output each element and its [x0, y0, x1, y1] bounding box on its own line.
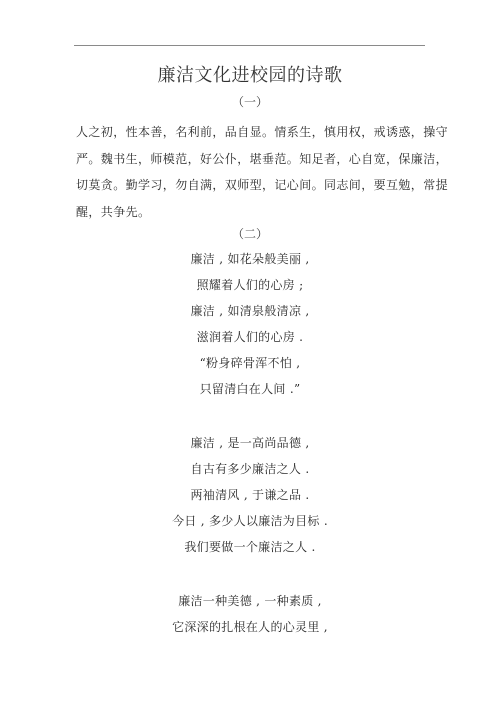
paragraph-line: 严。魏书生，师模范，好公仆，堪垂范。知足者，心自宽，保廉洁，: [76, 146, 428, 173]
poem-line: “粉身碎骨浑不怕 ,: [0, 355, 500, 371]
poem-line: 它深深的扎根在人的心灵里 ,: [0, 619, 500, 635]
paragraph-line: 切莫贪。勤学习，勿自满，双师型，记心间。同志间，要互勉，常提: [76, 172, 428, 199]
header-rule: [74, 45, 425, 46]
poem-line: 两袖清风 , 于谦之品 .: [0, 487, 500, 503]
poem-line: 照耀着人们的心房 ;: [0, 277, 500, 293]
poem-line: 廉洁 , 是一高尚品德 ,: [0, 435, 500, 451]
poem-line: 今日 , 多少人以廉洁为目标 .: [0, 513, 500, 529]
section-1-label: （一）: [0, 94, 500, 110]
paragraph-line: 人之初，性本善，名利前，品自显。情系生，慎用权，戒诱惑，操守: [76, 119, 428, 146]
poem-line: 只留清白在人间 .”: [0, 381, 500, 397]
poem-line: 廉洁一种美德 , 一种素质 ,: [0, 593, 500, 609]
poem-line: 我们要做一个廉洁之人 .: [0, 539, 500, 555]
poem-line: 滋润着人们的心房 .: [0, 329, 500, 345]
section-2-label: （二）: [0, 226, 500, 242]
poem-line: 廉洁 , 如清泉般清凉 ,: [0, 303, 500, 319]
poem-line: 廉洁 , 如花朵般美丽 ,: [0, 251, 500, 267]
page-title: 廉洁文化进校园的诗歌: [0, 64, 500, 88]
poem-line: 自古有多少廉洁之人 .: [0, 461, 500, 477]
section-1-paragraph: 人之初，性本善，名利前，品自显。情系生，慎用权，戒诱惑，操守 严。魏书生，师模范…: [76, 119, 428, 225]
paragraph-line: 醒，共争先。: [76, 199, 428, 226]
